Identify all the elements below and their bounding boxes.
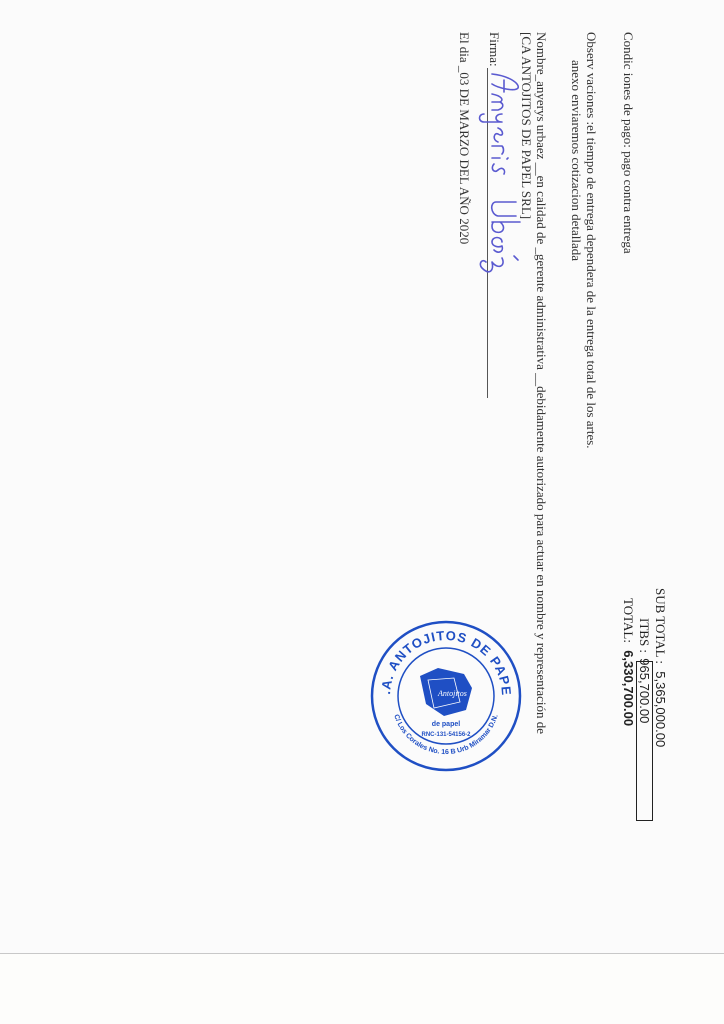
signature-label: Firma: (487, 32, 502, 67)
itbs-label: ITBS : (637, 618, 652, 653)
date-line: El dia _03 DE MARZO DEL AÑO 2020 (457, 32, 472, 244)
rotated-document: Condic iones de pago: pago contra entreg… (0, 0, 724, 950)
scanner-bed (0, 954, 724, 1024)
subtotal-value: 5,365,000.00 (653, 671, 668, 747)
name-role-line: Nombre_anyerys urbaez __en calidad de _g… (534, 32, 549, 734)
subtotal-label: SUB TOTAL : (653, 588, 668, 664)
subtotal-row: SUB TOTAL : 5,365,000.00 (652, 588, 668, 747)
observations-line-1: Observ vaciones :el tiempo de entrega de… (584, 32, 599, 449)
total-label: TOTAL: (621, 598, 636, 643)
stamp-rnc: RNC-131-54156-2 (421, 732, 471, 738)
total-row: TOTAL: 6,330,700.00 (620, 598, 636, 726)
stamp-logo-sub: de papel (432, 721, 460, 728)
scanned-page: Condic iones de pago: pago contra entreg… (0, 0, 724, 1024)
total-value: 6,330,700.00 (621, 650, 636, 726)
itbs-value-box (636, 661, 653, 821)
observations-line-2: anexo enviaremos cotizacion detallada (569, 60, 584, 261)
company-stamp: C.A. ANTOJITOS DE PAPEL C/ Los Corales N… (368, 618, 524, 774)
stamp-logo-script: Antojitos (437, 689, 467, 698)
handwritten-signature (478, 70, 528, 310)
stamp-logo-icon: Antojitos (420, 668, 472, 716)
payment-conditions: Condic iones de pago: pago contra entreg… (621, 32, 636, 254)
